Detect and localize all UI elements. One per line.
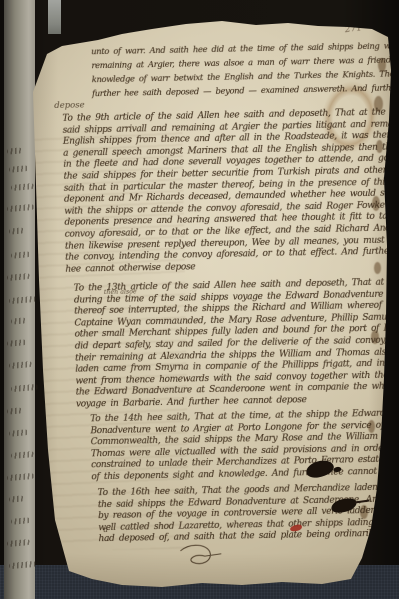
verso-writing-fragment	[9, 361, 32, 369]
verso-writing-fragment	[11, 183, 34, 191]
bookmark-ribbon	[48, 0, 61, 34]
verso-writing-fragment	[11, 384, 38, 392]
deposition-answer-9: To the 9th article of the said Allen hee…	[62, 106, 399, 276]
catchword: depose	[54, 100, 85, 111]
verso-writing-fragment	[11, 317, 26, 324]
verso-writing-fragment	[7, 204, 34, 212]
verso-writing-fragment	[7, 273, 30, 281]
verso-writing-fragment	[11, 251, 30, 259]
deposition-answer-16: To the 16th hee saith, That the goods an…	[98, 482, 399, 546]
verso-writing-fragment	[7, 539, 30, 547]
verso-writing-fragment	[11, 451, 34, 459]
verso-writing-fragment	[7, 147, 22, 154]
verso-writing-fragment	[9, 227, 24, 234]
manuscript-photograph: 271 unto of warr. And saith hee did at t…	[0, 0, 399, 599]
facing-page-edge	[4, 0, 35, 599]
verso-writing-fragment	[7, 473, 34, 481]
carried-over-text-block: unto of warr. And saith hee did at the t…	[91, 38, 399, 101]
verso-writing-fragment	[11, 517, 30, 525]
verso-writing-fragment	[9, 429, 28, 437]
verso-writing-fragment	[7, 339, 26, 347]
verso-writing-fragment	[9, 296, 36, 304]
folio-number: 271	[344, 23, 362, 35]
deposition-answer-13: To the 13th article of the said Allen he…	[74, 276, 399, 411]
verso-writing-fragment	[7, 407, 22, 414]
closing-flourish	[177, 544, 223, 569]
deposition-answer-14: To the 14th hee saith, That at the time,…	[90, 407, 399, 484]
manuscript-page: 271 unto of warr. And saith hee did at t…	[0, 0, 399, 599]
verso-writing-fragment	[9, 165, 28, 173]
verso-writing-fragment	[9, 561, 36, 569]
verso-writing-fragment	[9, 495, 24, 502]
